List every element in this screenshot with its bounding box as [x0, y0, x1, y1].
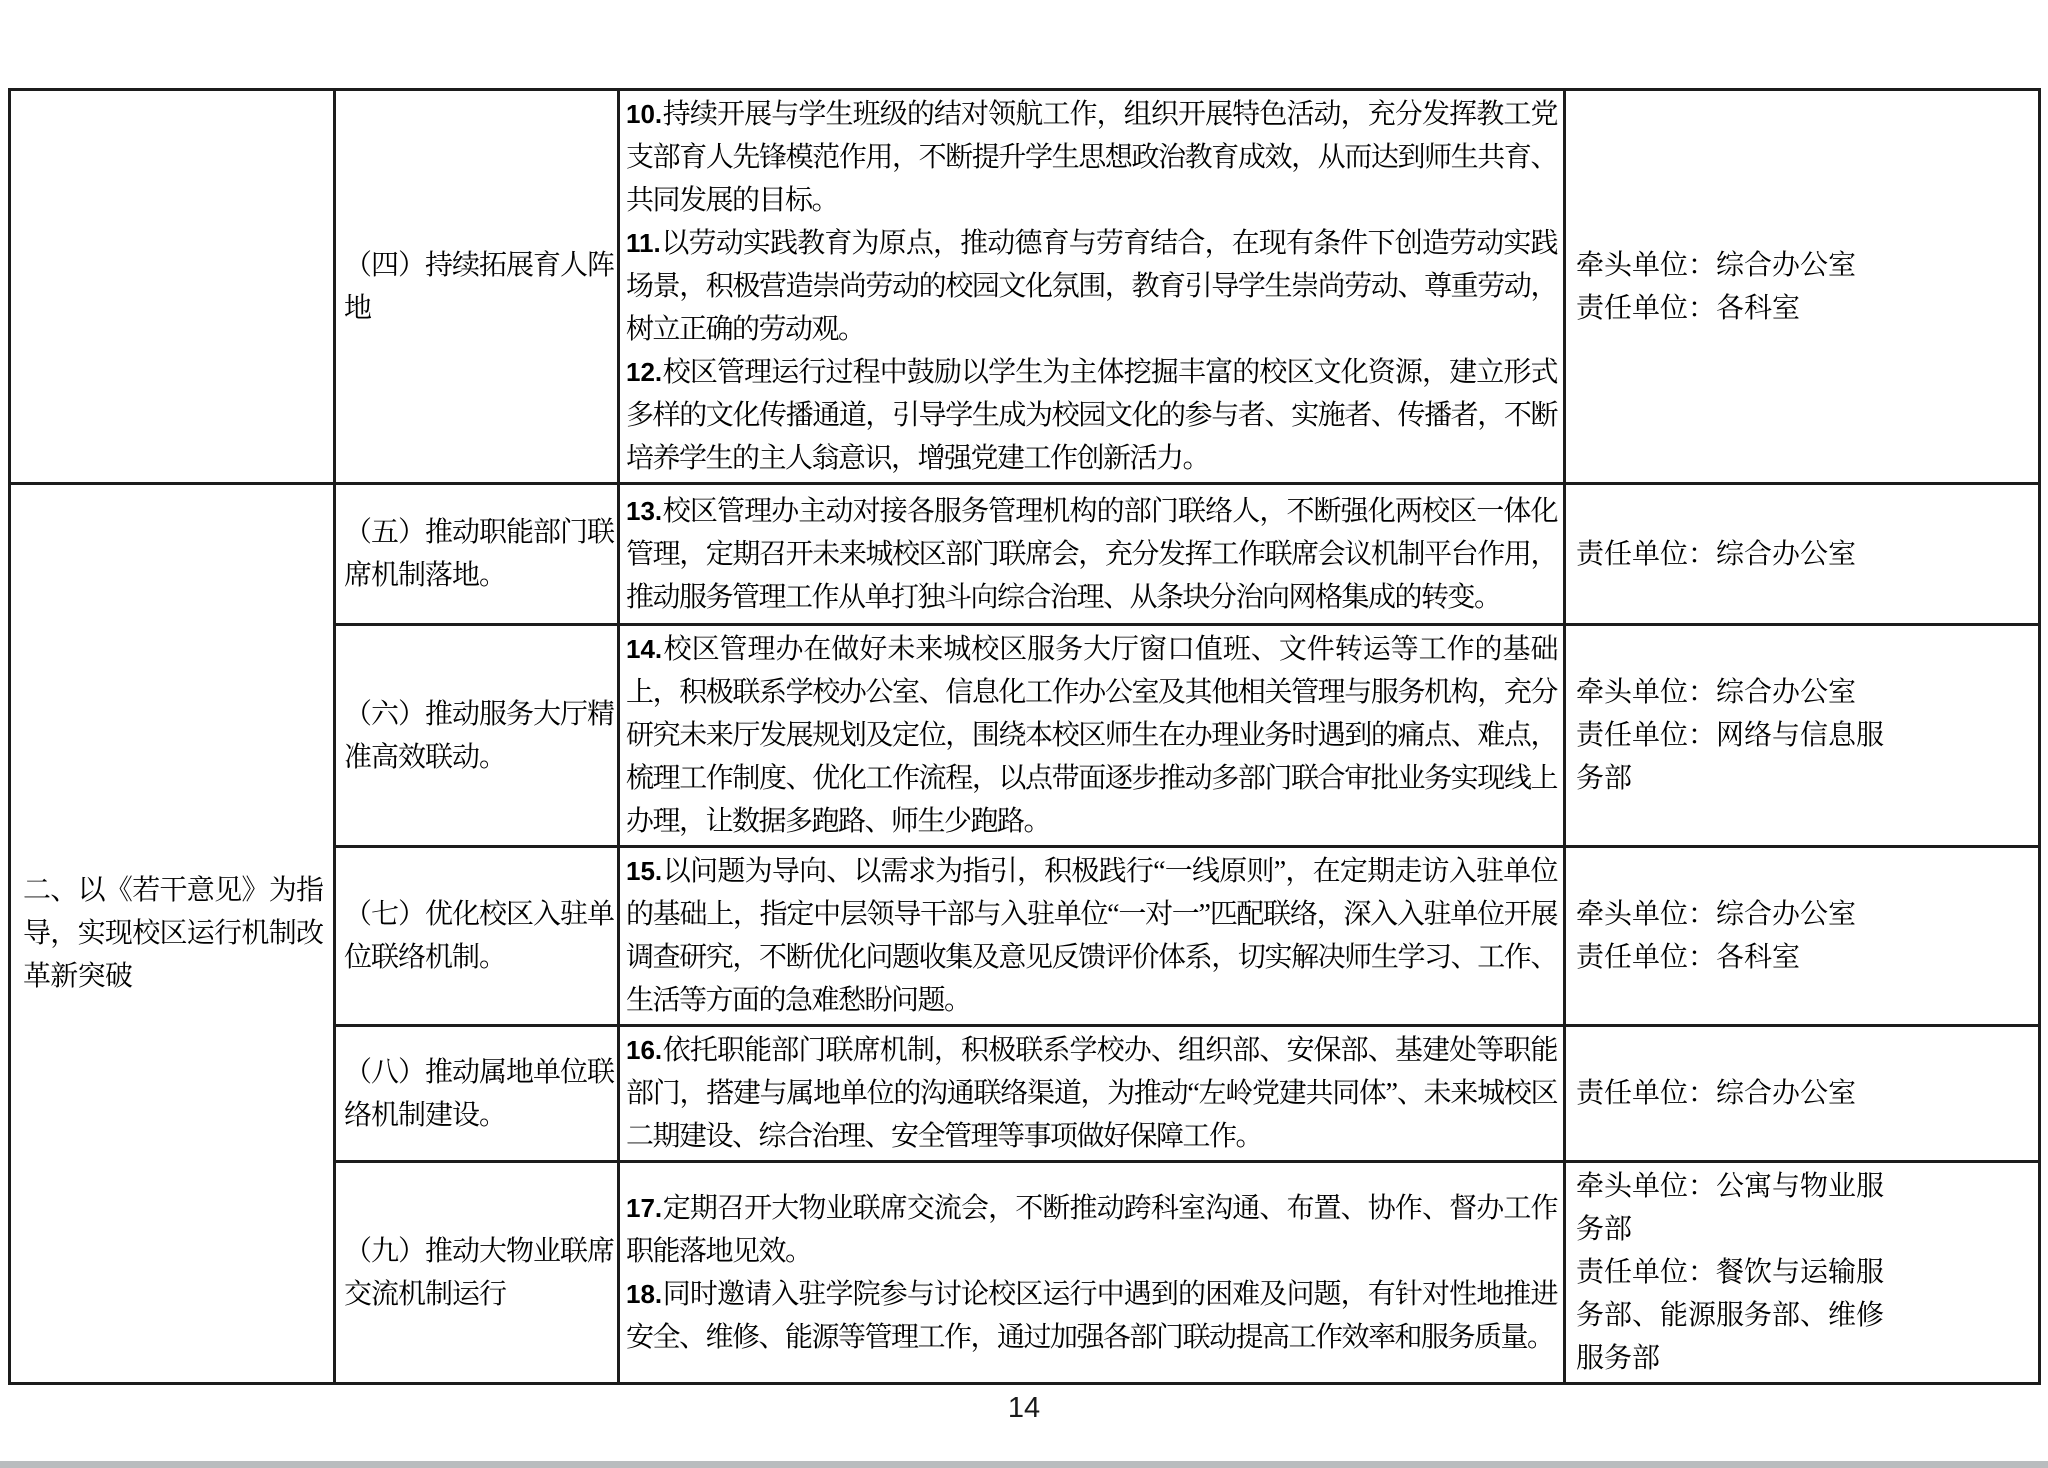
units-cell: 责任单位：综合办公室: [1565, 1026, 2040, 1162]
measure-cell: （五）推动职能部门联席机制落地。: [335, 484, 619, 625]
tasks-cell: 13.校区管理办主动对接各服务管理机构的部门联络人，不断强化两校区一体化管理，定…: [619, 484, 1565, 625]
task-item: 11.以劳动实践教育为原点，推动德育与劳育结合，在现有条件下创造劳动实践场景，积…: [626, 222, 1557, 351]
unit-line: 牵头单位：综合办公室: [1576, 893, 1896, 936]
work-plan-table: （四）持续拓展育人阵地 10.持续开展与学生班级的结对领航工作，组织开展特色活动…: [8, 88, 2041, 1385]
category-cell: 二、以《若干意见》为指导，实现校区运行机制改革新突破: [10, 484, 335, 1384]
units-cell: 牵头单位：综合办公室 责任单位：网络与信息服务部: [1565, 625, 2040, 847]
task-text: 校区管理办主动对接各服务管理机构的部门联络人，不断强化两校区一体化管理，定期召开…: [626, 496, 1557, 613]
task-text: 持续开展与学生班级的结对领航工作，组织开展特色活动，充分发挥教工党支部育人先锋模…: [626, 99, 1557, 216]
measure-cell: （四）持续拓展育人阵地: [335, 90, 619, 484]
measure-text: （九）推动大物业联席交流机制运行: [344, 1230, 614, 1316]
measure-text: （四）持续拓展育人阵地: [344, 244, 614, 330]
document-page: （四）持续拓展育人阵地 10.持续开展与学生班级的结对领航工作，组织开展特色活动…: [0, 0, 2048, 1468]
task-item: 15.以问题为导向、以需求为指引，积极践行“一线原则”，在定期走访入驻单位的基础…: [626, 850, 1557, 1022]
units-cell: 牵头单位：综合办公室 责任单位：各科室: [1565, 847, 2040, 1026]
task-number: 15.: [626, 856, 662, 886]
task-number: 13.: [626, 496, 662, 526]
task-number: 11.: [626, 228, 661, 258]
measure-cell: （六）推动服务大厅精准高效联动。: [335, 625, 619, 847]
task-item: 10.持续开展与学生班级的结对领航工作，组织开展特色活动，充分发挥教工党支部育人…: [626, 93, 1557, 222]
task-item: 13.校区管理办主动对接各服务管理机构的部门联络人，不断强化两校区一体化管理，定…: [626, 490, 1557, 619]
task-text: 以问题为导向、以需求为指引，积极践行“一线原则”，在定期走访入驻单位的基础上，指…: [626, 856, 1557, 1016]
task-number: 18.: [626, 1279, 662, 1309]
tasks-cell: 15.以问题为导向、以需求为指引，积极践行“一线原则”，在定期走访入驻单位的基础…: [619, 847, 1565, 1026]
unit-line: 牵头单位：综合办公室: [1576, 244, 1896, 287]
tasks-cell: 16.依托职能部门联席机制，积极联系学校办、组织部、安保部、基建处等职能部门，搭…: [619, 1026, 1565, 1162]
task-item: 17.定期召开大物业联席交流会，不断推动跨科室沟通、布置、协作、督办工作职能落地…: [626, 1187, 1557, 1273]
task-number: 12.: [626, 357, 662, 387]
task-item: 18.同时邀请入驻学院参与讨论校区运行中遇到的困难及问题，有针对性地推进安全、维…: [626, 1273, 1557, 1359]
task-text: 校区管理办在做好未来城校区服务大厅窗口值班、文件转运等工作的基础上，积极联系学校…: [626, 634, 1557, 837]
tasks-cell: 17.定期召开大物业联席交流会，不断推动跨科室沟通、布置、协作、督办工作职能落地…: [619, 1162, 1565, 1384]
task-text: 校区管理运行过程中鼓励以学生为主体挖掘丰富的校区文化资源，建立形式多样的文化传播…: [626, 357, 1557, 474]
measure-cell: （九）推动大物业联席交流机制运行: [335, 1162, 619, 1384]
unit-line: 责任单位：餐饮与运输服务部、能源服务部、维修服务部: [1576, 1251, 1896, 1380]
measure-cell: （八）推动属地单位联络机制建设。: [335, 1026, 619, 1162]
task-text: 依托职能部门联席机制，积极联系学校办、组织部、安保部、基建处等职能部门，搭建与属…: [626, 1035, 1557, 1152]
task-number: 14.: [626, 634, 662, 664]
unit-line: 责任单位：网络与信息服务部: [1576, 714, 1896, 800]
unit-line: 责任单位：综合办公室: [1576, 533, 1896, 576]
unit-line: 责任单位：各科室: [1576, 287, 1896, 330]
measure-text: （五）推动职能部门联席机制落地。: [344, 511, 614, 597]
page-number: 14: [0, 1392, 2048, 1425]
tasks-cell: 10.持续开展与学生班级的结对领航工作，组织开展特色活动，充分发挥教工党支部育人…: [619, 90, 1565, 484]
table-row: （四）持续拓展育人阵地 10.持续开展与学生班级的结对领航工作，组织开展特色活动…: [10, 90, 2040, 484]
units-cell: 牵头单位：综合办公室 责任单位：各科室: [1565, 90, 2040, 484]
measure-text: （六）推动服务大厅精准高效联动。: [344, 693, 614, 779]
measure-text: （七）优化校区入驻单位联络机制。: [344, 893, 614, 979]
task-text: 同时邀请入驻学院参与讨论校区运行中遇到的困难及问题，有针对性地推进安全、维修、能…: [626, 1279, 1557, 1353]
unit-line: 牵头单位：公寓与物业服务部: [1576, 1165, 1896, 1251]
category-cell-empty: [10, 90, 335, 484]
task-text: 定期召开大物业联席交流会，不断推动跨科室沟通、布置、协作、督办工作职能落地见效。: [626, 1193, 1557, 1267]
measure-cell: （七）优化校区入驻单位联络机制。: [335, 847, 619, 1026]
task-text: 以劳动实践教育为原点，推动德育与劳育结合，在现有条件下创造劳动实践场景，积极营造…: [626, 228, 1557, 345]
task-number: 16.: [626, 1035, 662, 1065]
table-row: 二、以《若干意见》为指导，实现校区运行机制改革新突破 （五）推动职能部门联席机制…: [10, 484, 2040, 625]
unit-line: 责任单位：各科室: [1576, 936, 1896, 979]
task-number: 17.: [626, 1193, 662, 1223]
units-cell: 责任单位：综合办公室: [1565, 484, 2040, 625]
units-cell: 牵头单位：公寓与物业服务部 责任单位：餐饮与运输服务部、能源服务部、维修服务部: [1565, 1162, 2040, 1384]
unit-line: 责任单位：综合办公室: [1576, 1072, 1896, 1115]
task-item: 12.校区管理运行过程中鼓励以学生为主体挖掘丰富的校区文化资源，建立形式多样的文…: [626, 351, 1557, 480]
unit-line: 牵头单位：综合办公室: [1576, 671, 1896, 714]
page-bottom-edge: [0, 1461, 2048, 1468]
task-number: 10.: [626, 99, 662, 129]
tasks-cell: 14.校区管理办在做好未来城校区服务大厅窗口值班、文件转运等工作的基础上，积极联…: [619, 625, 1565, 847]
task-item: 16.依托职能部门联席机制，积极联系学校办、组织部、安保部、基建处等职能部门，搭…: [626, 1029, 1557, 1158]
measure-text: （八）推动属地单位联络机制建设。: [344, 1051, 614, 1137]
task-item: 14.校区管理办在做好未来城校区服务大厅窗口值班、文件转运等工作的基础上，积极联…: [626, 628, 1557, 843]
